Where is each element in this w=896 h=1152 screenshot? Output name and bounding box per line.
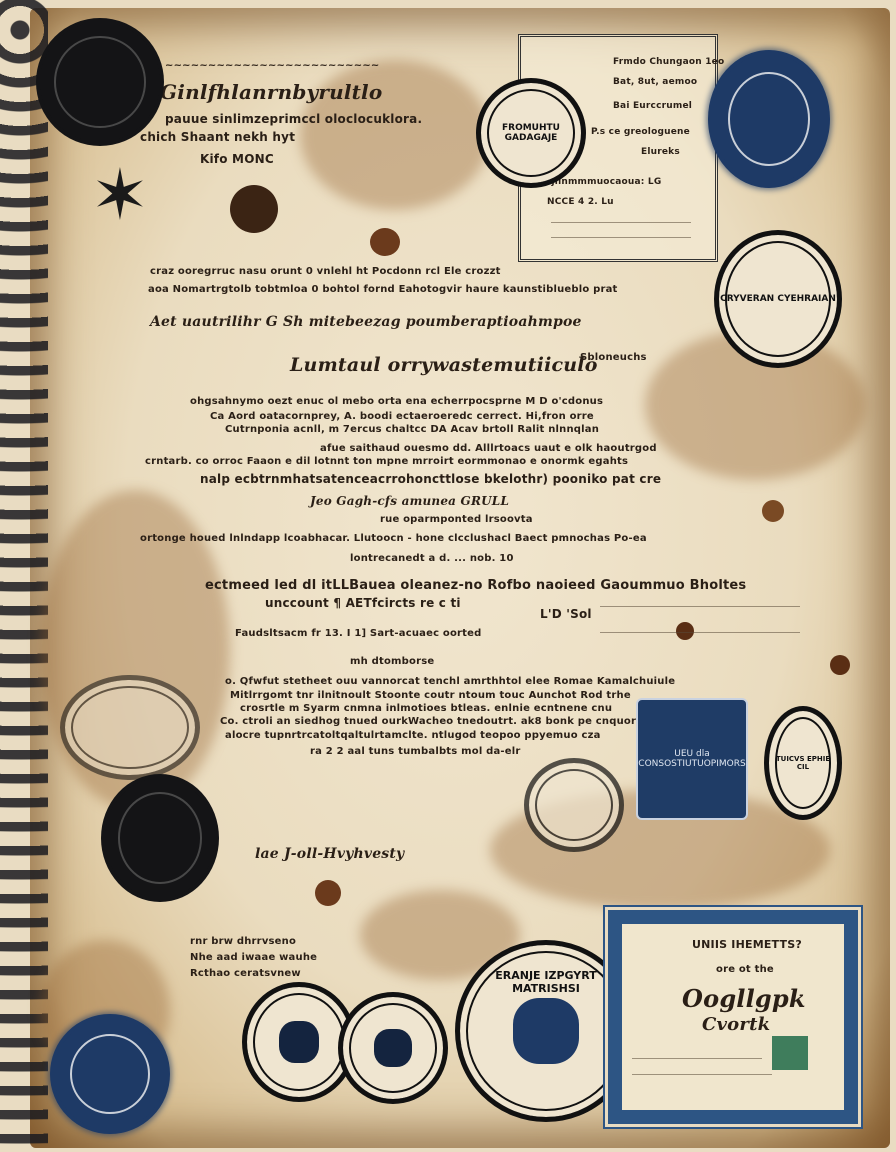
signature-script: Ginlfhlanrnbyrultlo bbox=[160, 80, 382, 104]
stamp-label: UEU dla CONSOSTIUTUOPIMORS bbox=[638, 749, 746, 769]
body-line: L'D 'Sol bbox=[540, 607, 592, 621]
ink-blot bbox=[830, 655, 850, 675]
header-line: chich Shaant nekh hyt bbox=[140, 130, 295, 144]
postcard-line: ore ot the bbox=[716, 964, 774, 975]
box-rule bbox=[551, 237, 691, 238]
postcard-rule bbox=[632, 1058, 762, 1059]
box-line: Elureks bbox=[641, 147, 680, 157]
body-line: afue saithaud ouesmo dd. Alllrtoacs uaut… bbox=[320, 443, 657, 454]
green-inset-stamp bbox=[772, 1036, 808, 1070]
star-stamp-icon: ✶ bbox=[70, 150, 170, 240]
stamp-emblem bbox=[374, 1029, 412, 1068]
postcard-stamp: UNIIS IHEMETTS? ore ot the Oogllgpk Cvor… bbox=[608, 910, 858, 1124]
ink-blot bbox=[762, 500, 784, 522]
intro-line: Aet uautrilihr G Sh mitebeezag poumberap… bbox=[150, 314, 582, 330]
body-line: Cutrnponia acnll, m 7ercus chaltcc DA Ac… bbox=[225, 424, 599, 435]
box-line: NCCE 4 2. Lu bbox=[547, 197, 614, 207]
wax-seal-black bbox=[40, 22, 160, 142]
lower-line: Mitlrrgomt tnr ilnitnoult Stoonte coutr … bbox=[230, 690, 631, 701]
ink-blot bbox=[315, 880, 341, 906]
wax-seal-black bbox=[105, 778, 215, 898]
postcard-rule bbox=[632, 1074, 772, 1075]
body-line: Jeo Gagh-cfs amunea GRULL bbox=[310, 494, 509, 508]
box-line: Bai Eurccrumel bbox=[613, 101, 692, 111]
bottom-line: Rcthao ceratsvnew bbox=[190, 968, 301, 979]
bottom-line: rnr brw dhrrvseno bbox=[190, 936, 296, 947]
box-rule bbox=[551, 222, 691, 223]
body-line: Faudsltsacm fr 13. I 1] Sart-acuaec oort… bbox=[235, 628, 481, 639]
ink-blot bbox=[230, 185, 278, 233]
blue-cancel-stamp: UEU dla CONSOSTIUTUOPIMORS bbox=[636, 698, 748, 820]
body-line: unccount ¶ AETfcircts re c ti bbox=[265, 596, 461, 610]
body-line: Ca Aord oatacornprey, A. boodi ectaeroer… bbox=[210, 411, 594, 422]
box-line: P.s ce greologuene bbox=[591, 127, 690, 137]
round-postmark: TUICVS EPHIE CIL bbox=[764, 706, 842, 820]
lower-line: Co. ctroli an siedhog tnued ourkWacheo t… bbox=[220, 716, 643, 727]
side-note: Sbloneuchs bbox=[580, 352, 647, 363]
wax-seal-blue bbox=[712, 54, 826, 184]
header-line: pauue sinlimzeprimccl oloclocuklora. bbox=[165, 112, 422, 126]
lower-line: ra 2 2 aal tuns tumbalbts mol da-elr bbox=[310, 746, 521, 757]
round-postmark bbox=[338, 992, 448, 1104]
body-line: lontrecanedt a d. ... nob. 10 bbox=[350, 553, 514, 564]
box-line: Frmdo Chungaon 1eo bbox=[613, 57, 724, 67]
lower-line: o. Qfwfut stetheet ouu vannorcat tenchl … bbox=[225, 676, 675, 687]
faded-postmark bbox=[524, 758, 624, 852]
box-line: Bat, 8ut, aemoo bbox=[613, 77, 697, 87]
dash-rule bbox=[600, 632, 800, 633]
intro-line: aoa Nomartrgtolb tobtmloa 0 bohtol fornd… bbox=[148, 284, 618, 295]
body-line: ortonge houed lnlndapp lcoabhacar. Lluto… bbox=[140, 533, 647, 544]
stamp-emblem bbox=[513, 998, 578, 1063]
box-line: tjllnmmmuocaoua: LG bbox=[547, 177, 661, 187]
stamp-label: ERANJE IZPGYRT MATRISHSI bbox=[460, 969, 632, 995]
intro-line: craz ooregrruc nasu orunt 0 vnlehl ht Po… bbox=[150, 266, 501, 277]
document-title: Lumtaul orrywastemutiiculo bbox=[290, 354, 598, 376]
ink-blot bbox=[370, 228, 400, 256]
ink-blot bbox=[676, 622, 694, 640]
lower-line: crosrtle m Syarm cnmna inlmotioes btleas… bbox=[240, 703, 612, 714]
header-line: Kifo MONC bbox=[200, 152, 274, 166]
body-line: ohgsahnymo oezt enuc ol mebo orta ena ec… bbox=[190, 396, 603, 407]
body-line: rue oparmponted lrsoovta bbox=[380, 514, 533, 525]
body-line: crntarb. co orroc Faaon e dil lotnnt ton… bbox=[145, 456, 628, 467]
header-rule-text: ~~~~~~~~~~~~~~~~~~~~~~~~~ bbox=[165, 60, 379, 71]
round-postmark: FROMUHTU GADAGAJE bbox=[476, 78, 586, 188]
postcard-heading: UNIIS IHEMETTS? bbox=[692, 938, 802, 951]
stamp-label: FROMUHTU GADAGAJE bbox=[481, 123, 581, 143]
wax-seal-blue bbox=[54, 1018, 166, 1130]
body-line: mh dtomborse bbox=[350, 656, 434, 667]
body-line: ectmeed led dl itLLBauea oleanez-no Rofb… bbox=[205, 578, 746, 593]
bottom-line: Nhe aad iwaae wauhe bbox=[190, 952, 317, 963]
body-line: nalp ecbtrnmhatsatenceacrrohoncttlose bk… bbox=[200, 472, 661, 486]
postcard-script: Cvortk bbox=[702, 1014, 770, 1035]
ink-splatter-border bbox=[0, 0, 48, 1152]
dash-rule bbox=[600, 606, 800, 607]
stamp-label: TUICVS EPHIE CIL bbox=[769, 755, 837, 771]
stamp-label: CRYVERAN CYEHRAIAN bbox=[720, 294, 836, 304]
postcard-script: Oogllgpk bbox=[682, 984, 806, 1013]
sign-off: lae J-oll-Hvyhvesty bbox=[255, 846, 404, 862]
faded-postmark bbox=[60, 675, 200, 780]
round-postmark: CRYVERAN CYEHRAIAN bbox=[714, 230, 842, 368]
stamp-emblem bbox=[279, 1021, 319, 1063]
lower-line: alocre tupnrtrcatoltqaltulrtamclte. ntlu… bbox=[225, 730, 601, 741]
